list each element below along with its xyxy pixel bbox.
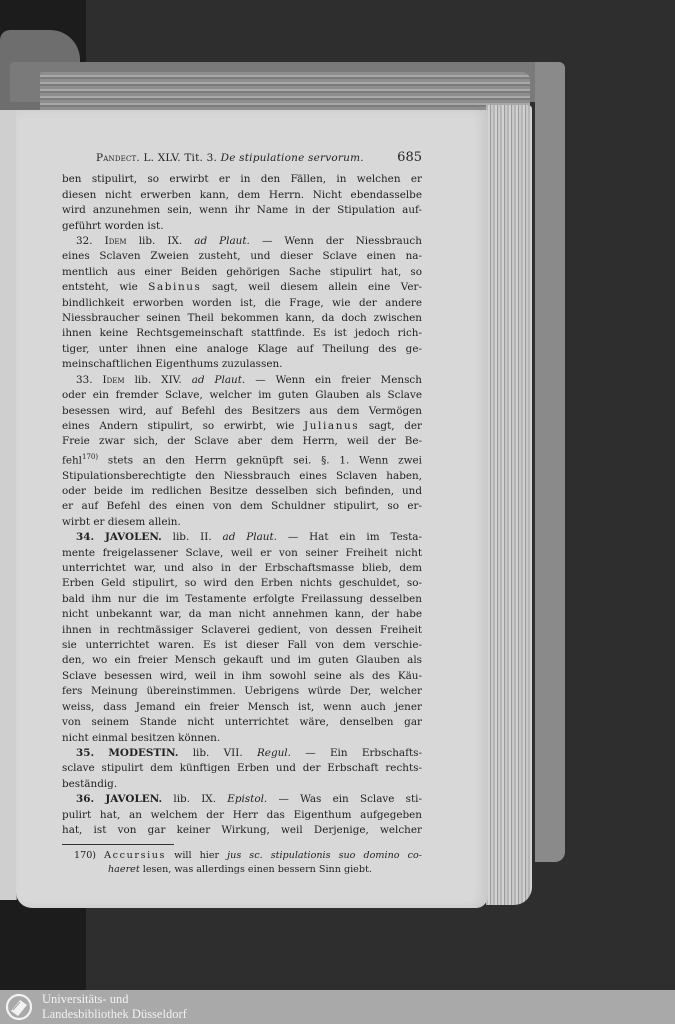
text-line: sclave stipulirt dem künftigen Erben und…: [62, 761, 422, 776]
text-line: wirbt er diesem allein.: [62, 515, 422, 530]
text-line: weiss, dass Jemand ein freier Mensch ist…: [62, 700, 422, 715]
running-head-book: L. XLV. Tit. 3.: [143, 152, 217, 164]
library-footer-bar: Universitäts- und Landesbibliothek Düsse…: [0, 990, 675, 1024]
section-32-heading: 32. Idem lib. IX. ad Plaut. — Wenn der N…: [62, 234, 422, 249]
text-line: besessen wird, auf Befehl des Besitzers …: [62, 404, 422, 419]
text-line: bald ihm nur die im Testamente erfolgte …: [62, 592, 422, 607]
text-line: beständig.: [62, 777, 422, 792]
text-line: eines Andern stipulirt, so erwirbt, wie …: [62, 419, 422, 434]
text-line: eines Sclaven Zweien zusteht, und dieser…: [62, 249, 422, 264]
text-line: Niessbraucher seinen Theil bekommen kann…: [62, 311, 422, 326]
running-head-prefix: Pandect.: [96, 152, 140, 164]
section-35-heading: 35. MODESTIN. lib. VII. Regul. — Ein Erb…: [62, 746, 422, 761]
text-line: von seinem Stande nicht unterrichtet wär…: [62, 715, 422, 730]
footnote-rule: [62, 844, 174, 845]
section-36-heading: 36. JAVOLEN. lib. IX. Epistol. — Was ein…: [62, 792, 422, 807]
text-line: Stipulationsberechtigte den Niessbrauch …: [62, 469, 422, 484]
running-head-title: Pandect. L. XLV. Tit. 3. De stipulatione…: [96, 151, 364, 166]
section-34-heading: 34. JAVOLEN. lib. II. ad Plaut. — Hat ei…: [62, 530, 422, 545]
text-line: fehl170) stets an den Herrn geknüpft sei…: [62, 450, 422, 469]
text-line: Freie zwar sich, der Sclave aber dem Her…: [62, 434, 422, 449]
page-stack-top-edge: [40, 72, 530, 112]
footnote-line: haeret lesen, was allerdings einen besse…: [62, 863, 422, 877]
text-line: mente freigelassener Sclave, weil er von…: [62, 546, 422, 561]
ulb-logo-icon[interactable]: [4, 993, 34, 1021]
library-name-line2: Landesbibliothek Düsseldorf: [42, 1007, 187, 1022]
library-name[interactable]: Universitäts- und Landesbibliothek Düsse…: [42, 992, 187, 1022]
text-line: nicht unbekannt war, da man nicht annehm…: [62, 607, 422, 622]
text-line: ihnen keine Rechtsgemeinschaft stattfind…: [62, 326, 422, 341]
footnote-line: 170) Accursius will hier jus sc. stipula…: [62, 849, 422, 863]
text-line: ihnen in rechtmässiger Sclaverei gedient…: [62, 623, 422, 638]
page-number: 685: [397, 150, 422, 165]
text-line: den, wo ein freier Mensch gekauft und im…: [62, 653, 422, 668]
page-text: Pandect. L. XLV. Tit. 3. De stipulatione…: [62, 150, 422, 877]
text-line: mentlich aus einer Beiden gehörigen Sach…: [62, 265, 422, 280]
running-head-subject: De stipulatione servorum.: [221, 152, 364, 164]
footnote-ref-170[interactable]: 170): [82, 453, 98, 461]
text-line: nicht einmal besitzen können.: [62, 731, 422, 746]
text-line: er auf Befehl des einen von dem Schuldne…: [62, 499, 422, 514]
text-line: pulirt hat, an welchem der Herr das Eige…: [62, 808, 422, 823]
section-33-heading: 33. Idem lib. XIV. ad Plaut. — Wenn ein …: [62, 373, 422, 388]
text-line: meinschaftlichen Eigenthums zuzulassen.: [62, 357, 422, 372]
text-line: oder beide im redlichen Besitze desselbe…: [62, 484, 422, 499]
text-line: bindlichkeit erworben worden ist, die Fr…: [62, 296, 422, 311]
text-line: Sclave besessen wird, weil in ihm sowohl…: [62, 669, 422, 684]
text-line: geführt worden ist.: [62, 219, 422, 234]
left-page-edge: [0, 110, 17, 900]
text-line: tiger, unter ihnen eine analoge Klage au…: [62, 342, 422, 357]
text-line: hat, ist von gar keiner Wirkung, weil De…: [62, 823, 422, 838]
text-line: entsteht, wie Sabinus sagt, weil diesem …: [62, 280, 422, 295]
library-name-line1: Universitäts- und: [42, 992, 187, 1007]
text-line: sie unterrichtet waren. Es ist dieser Fa…: [62, 638, 422, 653]
name-sabinus: Sabinus: [148, 281, 201, 293]
text-line: ben stipulirt, so erwirbt er in den Fäll…: [62, 172, 422, 187]
text-line: wird anzunehmen sein, wenn ihr Name in d…: [62, 203, 422, 218]
running-head: Pandect. L. XLV. Tit. 3. De stipulatione…: [62, 150, 422, 166]
book-cover-right: [535, 62, 565, 862]
footnote-170: 170) Accursius will hier jus sc. stipula…: [62, 849, 422, 877]
text-line: fers Meinung übereinstimmen. Uebrigens w…: [62, 684, 422, 699]
page-stack-right-edge: [486, 105, 532, 905]
text-line: diesen nicht erwerben kann, dem Herrn. N…: [62, 188, 422, 203]
text-line: unterrichtet war, und also in der Erbsch…: [62, 561, 422, 576]
text-line: Erben Geld stipulirt, so wird den Erben …: [62, 576, 422, 591]
text-line: oder ein fremder Sclave, welcher im gute…: [62, 388, 422, 403]
name-julianus: Julianus: [304, 420, 359, 432]
